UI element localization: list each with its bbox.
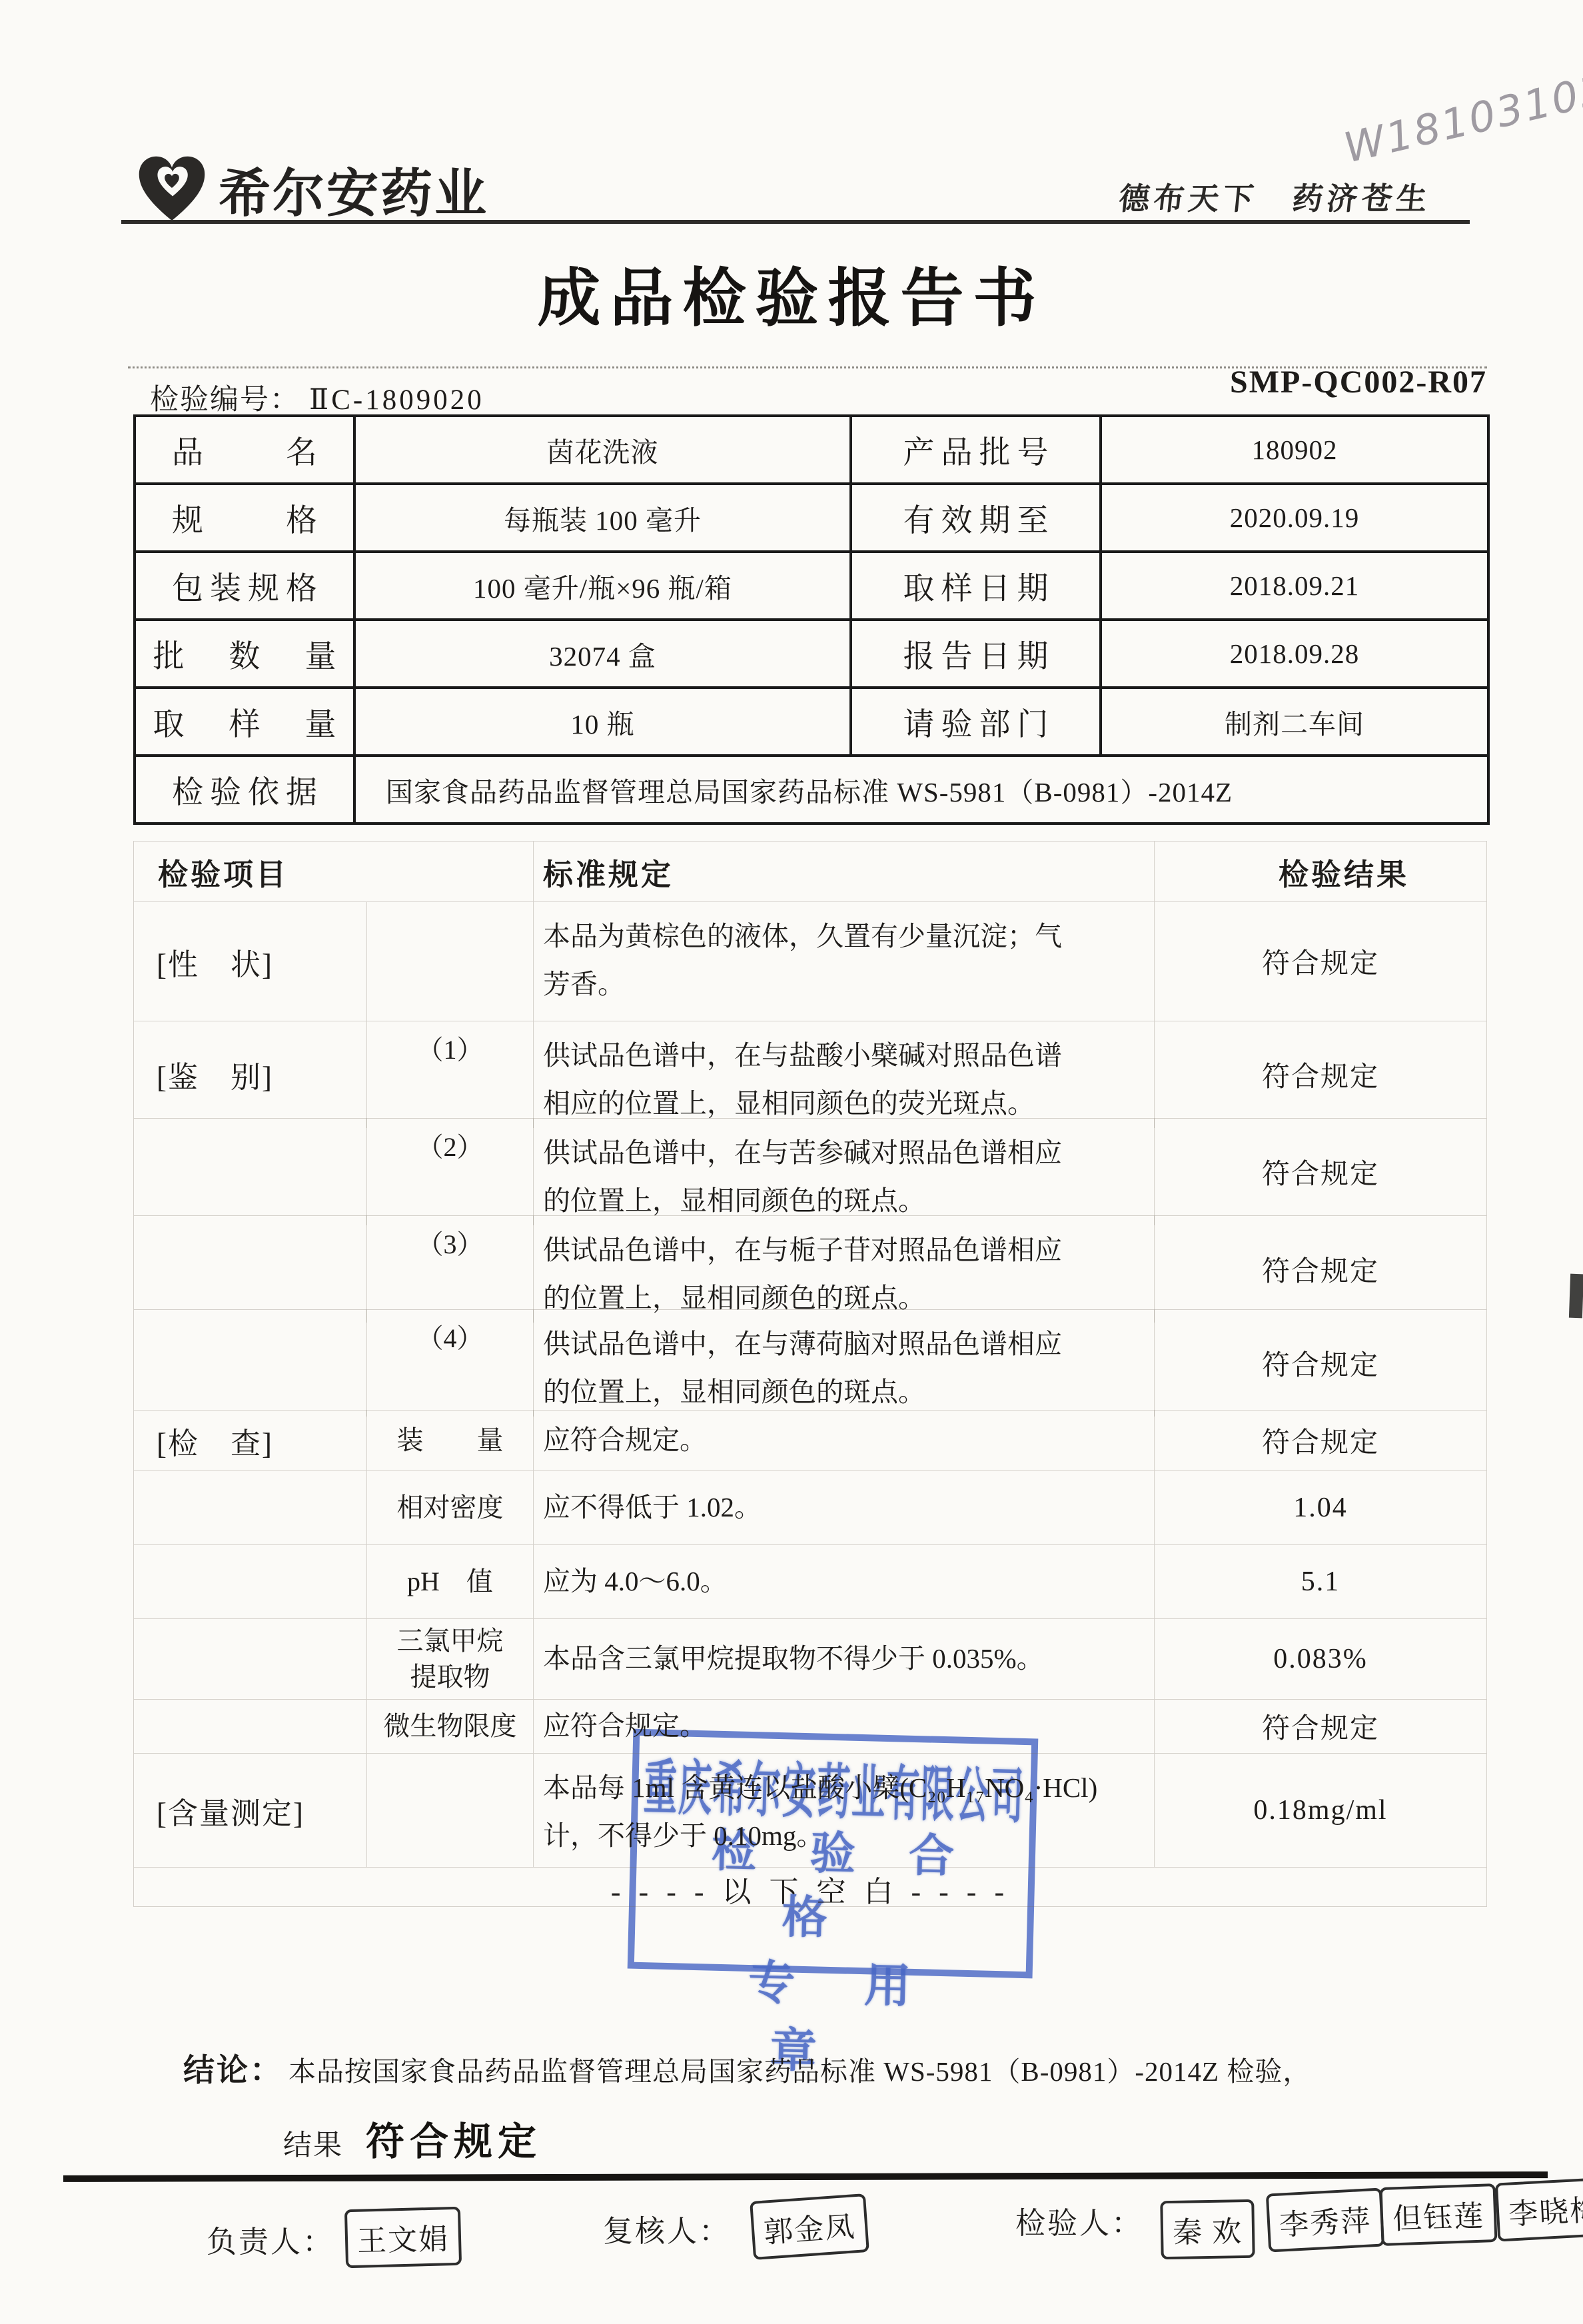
inspector-name-stamp: 李晓梅 <box>1495 2177 1583 2242</box>
responsible-name-stamp: 王文娟 <box>344 2207 462 2269</box>
header-divider <box>121 220 1470 224</box>
reviewer-label: 复核人： <box>603 2207 731 2250</box>
table-row: （2） 供试品色谱中，在与苦参碱对照品色谱相应 的位置上，显相同颜色的斑点。 符… <box>134 1119 1486 1216</box>
section-label: [鉴 别] <box>134 1021 367 1128</box>
table-row: 检验依据 国家食品药品监督管理总局国家药品标准 WS-5981（B-0981）-… <box>135 756 1488 824</box>
column-header-spec: 标准规定 <box>534 842 1155 901</box>
table-row: 批 数 量 32074 盒 报告日期 2018.09.28 <box>135 620 1488 688</box>
inspector-name-stamp: 秦 欢 <box>1160 2199 1255 2259</box>
spec-text: 供试品色谱中，在与盐酸小檗碱对照品色谱 相应的位置上，显相同颜色的荧光斑点。 <box>534 1021 1155 1128</box>
section-label: [检 查] <box>134 1411 367 1470</box>
item-label: （2） <box>367 1119 534 1225</box>
result-value: 符合规定 <box>1155 1310 1486 1417</box>
report-number-label: 检验编号： <box>150 384 300 416</box>
table-row: 相对密度 应不得低于 1.02。 1.04 <box>134 1471 1486 1545</box>
conclusion-result: 符合规定 <box>366 2110 542 2166</box>
table-row: [鉴 别] （1） 供试品色谱中，在与盐酸小檗碱对照品色谱 相应的位置上，显相同… <box>134 1021 1486 1119</box>
result-value: 符合规定 <box>1155 1411 1486 1470</box>
report-title: 成品检验报告书 <box>0 248 1583 338</box>
info-label: 有效期至 <box>851 484 1101 552</box>
result-value: 符合规定 <box>1155 902 1486 1021</box>
item-label <box>367 902 534 1021</box>
item-label: （1） <box>367 1021 534 1128</box>
info-value: 180902 <box>1101 416 1488 484</box>
spec-text: 供试品色谱中，在与薄荷脑对照品色谱相应 的位置上，显相同颜色的斑点。 <box>534 1310 1155 1417</box>
result-value: 符合规定 <box>1155 1021 1486 1128</box>
info-value: 100 毫升/瓶×96 瓶/箱 <box>354 552 851 620</box>
spec-text: 供试品色谱中，在与栀子苷对照品色谱相应 的位置上，显相同颜色的斑点。 <box>534 1216 1155 1323</box>
reviewer-name-stamp: 郭金凤 <box>750 2193 869 2260</box>
result-value: 0.083% <box>1155 1619 1486 1699</box>
spec-text: 应符合规定。 <box>534 1411 1155 1470</box>
table-row: [性 状] 本品为黄棕色的液体，久置有少量沉淀；气 芳香。 符合规定 <box>134 902 1486 1021</box>
section-label <box>134 1619 367 1699</box>
report-number: 检验编号：ⅡC-1809020 <box>150 377 484 418</box>
inspector-name-stamp: 李秀萍 <box>1266 2188 1384 2253</box>
table-row: 规 格 每瓶装 100 毫升 有效期至 2020.09.19 <box>135 484 1488 552</box>
spec-text: 供试品色谱中，在与苦参碱对照品色谱相应 的位置上，显相同颜色的斑点。 <box>534 1119 1155 1225</box>
info-value: 2018.09.21 <box>1101 552 1488 620</box>
report-number-value: ⅡC-1809020 <box>309 384 484 416</box>
item-label: 相对密度 <box>367 1471 534 1544</box>
info-value: 10 瓶 <box>354 688 851 756</box>
table-row: 包装规格 100 毫升/瓶×96 瓶/箱 取样日期 2018.09.21 <box>135 552 1488 620</box>
info-label: 规 格 <box>135 484 354 552</box>
table-row: 品 名 茵花洗液 产品批号 180902 <box>135 416 1488 484</box>
section-label <box>134 1700 367 1753</box>
spec-text: 应为 4.0～6.0。 <box>534 1545 1155 1618</box>
product-info-table: 品 名 茵花洗液 产品批号 180902 规 格 每瓶装 100 毫升 有效期至… <box>133 414 1490 825</box>
info-label: 请验部门 <box>851 688 1101 756</box>
conclusion-result-prefix: 结果 <box>283 2123 343 2163</box>
result-value: 符合规定 <box>1155 1216 1486 1323</box>
section-label <box>134 1216 367 1323</box>
inspection-basis: 国家食品药品监督管理总局国家药品标准 WS-5981（B-0981）-2014Z <box>354 756 1488 824</box>
item-label: 微生物限度 <box>367 1700 534 1753</box>
spec-text: 应符合规定。 <box>534 1700 1155 1753</box>
inspector-label: 检验人： <box>1015 2199 1143 2242</box>
footer-divider <box>63 2171 1548 2182</box>
conclusion-text: 本品按国家食品药品监督管理总局国家药品标准 WS-5981（B-0981）-20… <box>288 2056 1311 2087</box>
section-label <box>134 1310 367 1417</box>
item-label: 三氯甲烷 提取物 <box>367 1619 534 1699</box>
heart-logo-icon <box>135 152 209 227</box>
info-value: 制剂二车间 <box>1101 688 1488 756</box>
info-value: 2018.09.28 <box>1101 620 1488 688</box>
item-label: （4） <box>367 1310 534 1417</box>
conclusion-line: 结论：本品按国家食品药品监督管理总局国家药品标准 WS-5981（B-0981）… <box>183 2045 1502 2090</box>
table-row: 微生物限度 应符合规定。 符合规定 <box>134 1700 1486 1754</box>
spec-text: 应不得低于 1.02。 <box>534 1471 1155 1544</box>
section-label <box>134 1545 367 1618</box>
conclusion-result-line: 结果 符合规定 <box>283 2110 1502 2166</box>
section-label <box>134 1471 367 1544</box>
info-value: 32074 盒 <box>354 620 851 688</box>
info-label: 产品批号 <box>851 416 1101 484</box>
table-row: （3） 供试品色谱中，在与栀子苷对照品色谱相应 的位置上，显相同颜色的斑点。 符… <box>134 1216 1486 1310</box>
conclusion-label: 结论： <box>183 2053 283 2088</box>
result-value: 符合规定 <box>1155 1119 1486 1225</box>
column-header-result: 检验结果 <box>1155 842 1486 901</box>
info-value: 每瓶装 100 毫升 <box>354 484 851 552</box>
info-label: 报告日期 <box>851 620 1101 688</box>
brand-name: 希尔安药业 <box>219 152 488 227</box>
responsible-label: 负责人： <box>207 2217 334 2261</box>
spec-text: 本品为黄棕色的液体，久置有少量沉淀；气 芳香。 <box>534 902 1155 1021</box>
info-label: 检验依据 <box>135 756 354 824</box>
info-label: 取 样 量 <box>135 688 354 756</box>
section-label <box>134 1119 367 1225</box>
conclusion-section: 结论：本品按国家食品药品监督管理总局国家药品标准 WS-5981（B-0981）… <box>183 2045 1502 2166</box>
item-label: 装 量 <box>367 1411 534 1470</box>
blank-below-note: - - - - 以 下 空 白 - - - - <box>134 1868 1486 1910</box>
scan-artifact <box>1569 1274 1583 1319</box>
info-label: 包装规格 <box>135 552 354 620</box>
result-value: 5.1 <box>1155 1545 1486 1618</box>
blank-note-row: - - - - 以 下 空 白 - - - - <box>134 1868 1486 1906</box>
results-table: 检验项目 标准规定 检验结果 [性 状] 本品为黄棕色的液体，久置有少量沉淀；气… <box>133 841 1487 1907</box>
table-row: pH 值 应为 4.0～6.0。 5.1 <box>134 1545 1486 1619</box>
handwritten-code: W181031034 <box>1339 71 1583 172</box>
info-value: 2020.09.19 <box>1101 484 1488 552</box>
result-value: 符合规定 <box>1155 1700 1486 1753</box>
info-label: 批 数 量 <box>135 620 354 688</box>
spec-text: 本品每 1ml 含黄连以盐酸小檗(C₂₀H₁₇NO₄·HCl) 计，不得少于 0… <box>534 1754 1155 1867</box>
brand-header: 希尔安药业 <box>135 152 488 227</box>
item-label <box>367 1754 534 1867</box>
results-header-row: 检验项目 标准规定 检验结果 <box>134 842 1486 902</box>
table-row: [检 查] 装 量 应符合规定。 符合规定 <box>134 1411 1486 1471</box>
result-value: 1.04 <box>1155 1471 1486 1544</box>
table-row: 三氯甲烷 提取物 本品含三氯甲烷提取物不得少于 0.035%。 0.083% <box>134 1619 1486 1700</box>
spec-text: 本品含三氯甲烷提取物不得少于 0.035%。 <box>534 1619 1155 1699</box>
result-value: 0.18mg/ml <box>1155 1754 1486 1867</box>
table-row: 取 样 量 10 瓶 请验部门 制剂二车间 <box>135 688 1488 756</box>
column-header-item: 检验项目 <box>134 842 534 901</box>
slogan: 德布天下 药济苍生 <box>1117 175 1434 219</box>
section-label: [性 状] <box>134 902 367 1021</box>
table-row: （4） 供试品色谱中，在与薄荷脑对照品色谱相应 的位置上，显相同颜色的斑点。 符… <box>134 1310 1486 1411</box>
item-label: （3） <box>367 1216 534 1323</box>
info-label: 取样日期 <box>851 552 1101 620</box>
item-label: pH 值 <box>367 1545 534 1618</box>
inspector-name-stamp: 但钰莲 <box>1380 2183 1498 2246</box>
section-label: [含量测定] <box>134 1754 367 1867</box>
info-value: 茵花洗液 <box>354 416 851 484</box>
info-label: 品 名 <box>135 416 354 484</box>
table-row: [含量测定] 本品每 1ml 含黄连以盐酸小檗(C₂₀H₁₇NO₄·HCl) 计… <box>134 1754 1486 1868</box>
form-code: SMP-QC002-R07 <box>1230 364 1487 400</box>
